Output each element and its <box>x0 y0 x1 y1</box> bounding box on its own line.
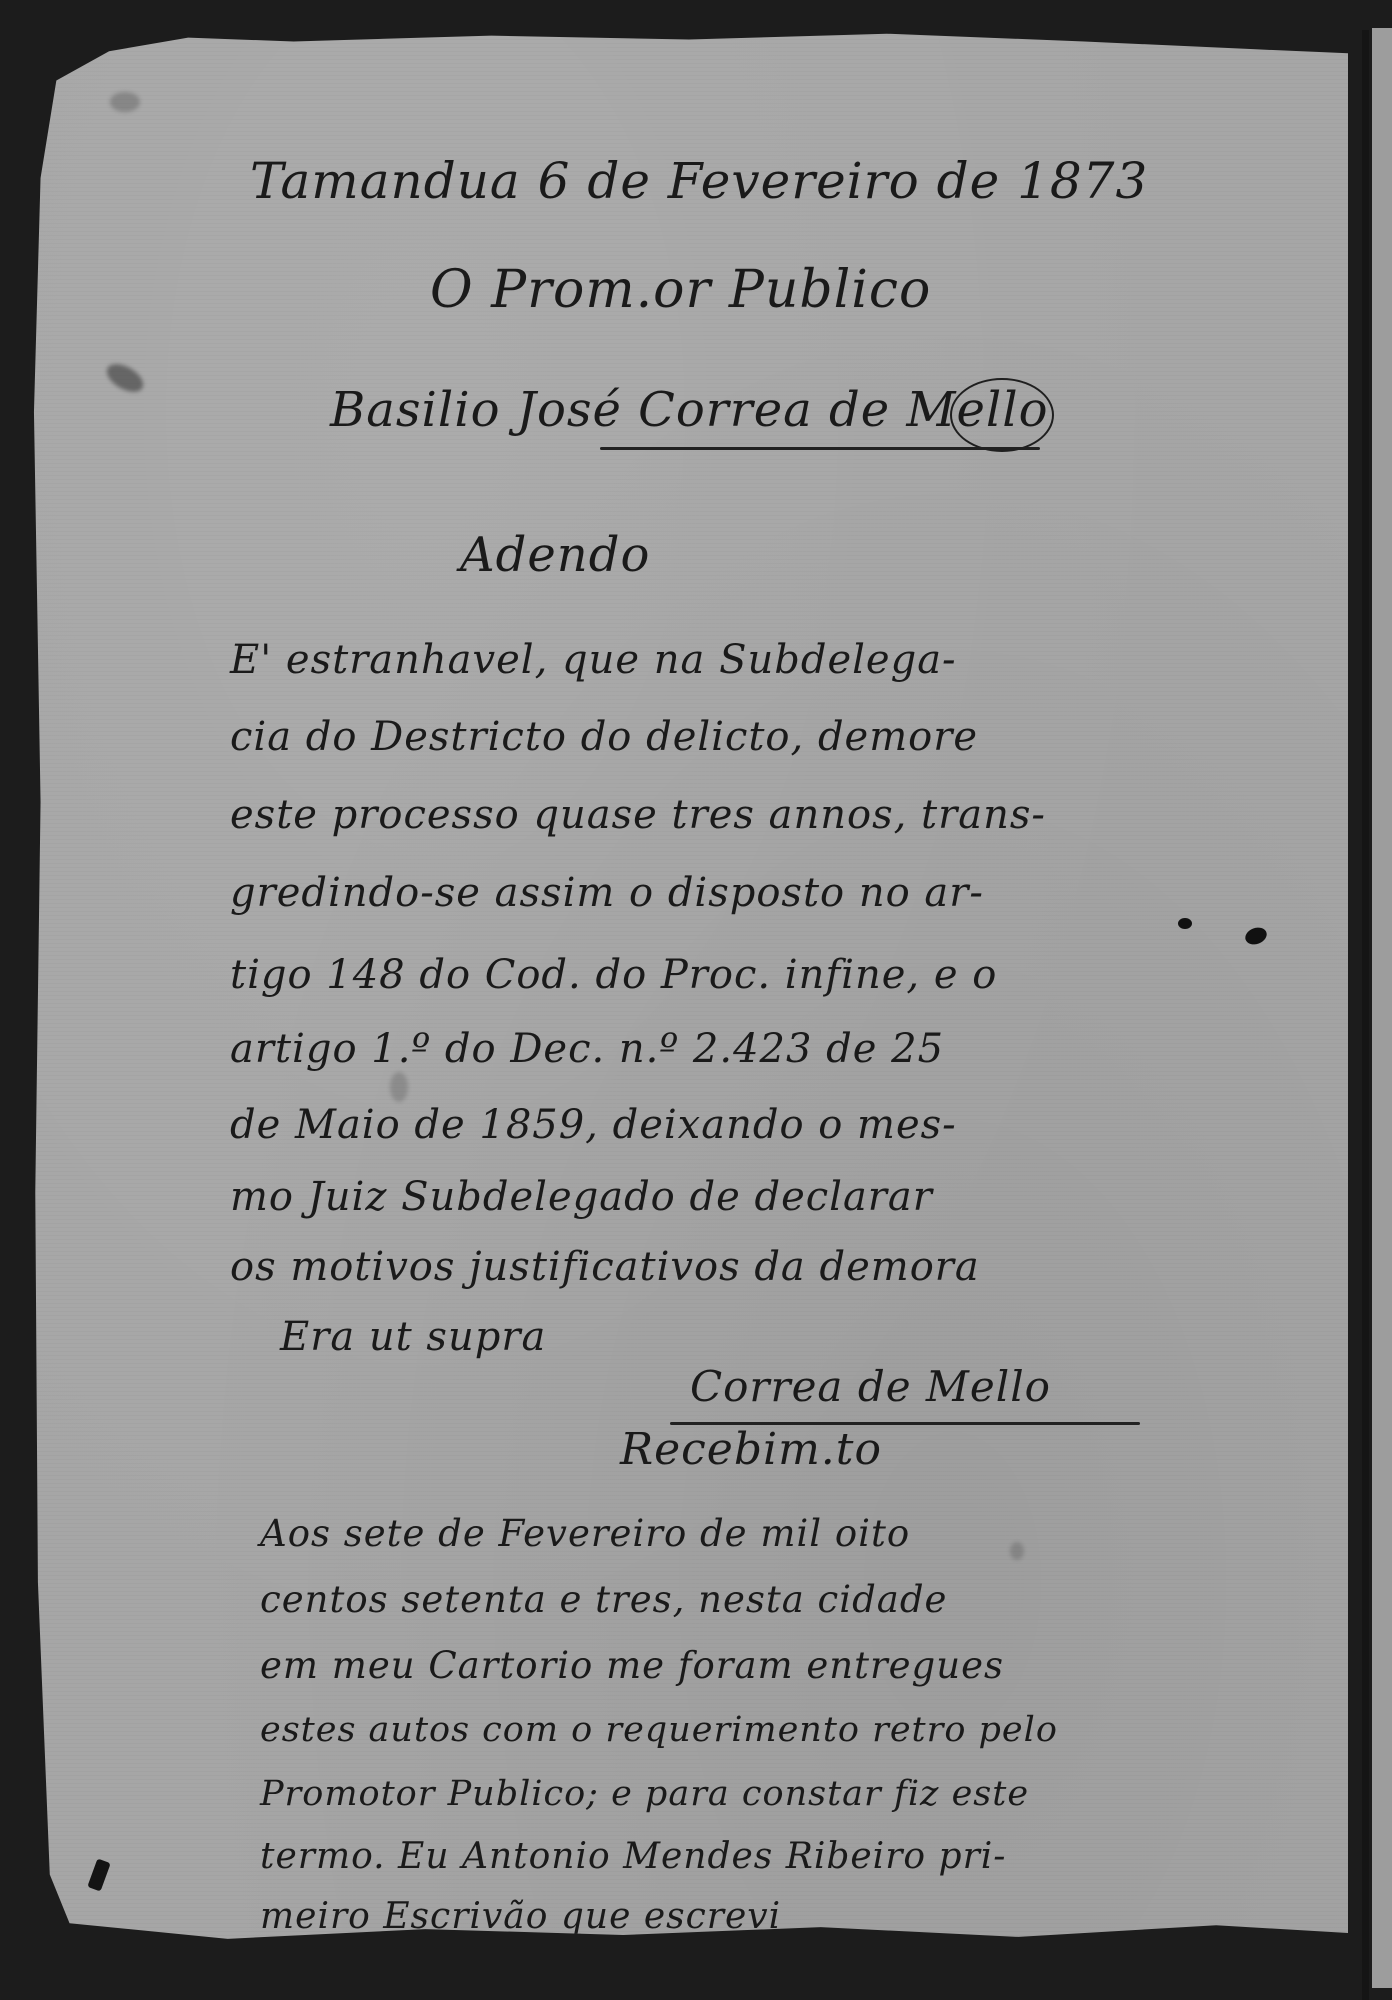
addressee-title: O Prom.or Publico <box>430 260 931 320</box>
body-line: cia do Destricto do delicto, demore <box>230 714 978 760</box>
body-line: E' estranhavel, que na Subdelega- <box>230 637 957 683</box>
body-line: artigo 1.º do Dec. n.º 2.423 de 25 <box>230 1026 944 1072</box>
section-heading-recebimento: Recebim.to <box>620 1424 882 1475</box>
body-line: de Maio de 1859, deixando o mes- <box>230 1102 957 1148</box>
body-line: tigo 148 do Cod. do Proc. infine, e o <box>230 952 997 998</box>
stain-left-margin <box>102 358 148 397</box>
era-ut-supra: Era ut supra <box>280 1314 546 1360</box>
stain-mid <box>390 1072 408 1102</box>
section-heading-adendo: Adendo <box>460 527 650 583</box>
stain-lower <box>1010 1542 1024 1560</box>
body-line: meiro Escrivão que escrevi <box>260 1896 781 1937</box>
signature-correa-de-mello: Correa de Mello <box>690 1362 1051 1411</box>
body-line: Promotor Publico; e para constar fiz est… <box>260 1774 1029 1814</box>
place-date-line: Tamandua 6 de Fevereiro de 1873 <box>250 152 1148 210</box>
body-line: termo. Eu Antonio Mendes Ribeiro pri- <box>260 1836 1006 1877</box>
body-line: em meu Cartorio me foram entregues <box>260 1644 1004 1687</box>
signature-flourish-oval <box>950 378 1054 452</box>
body-line: mo Juiz Subdelegado de declarar <box>230 1174 933 1220</box>
stain-top-left <box>110 92 140 112</box>
body-line: os motivos justificativos da demora <box>230 1244 980 1290</box>
signature-flourish-stroke <box>600 447 1040 450</box>
ink-blot-right <box>1178 918 1192 929</box>
body-line: Aos sete de Fevereiro de mil oito <box>260 1512 910 1555</box>
manuscript-page: Tamandua 6 de Fevereiro de 1873 O Prom.o… <box>30 22 1348 1972</box>
body-line: centos setenta e tres, nesta cidade <box>260 1578 947 1621</box>
adjacent-page-edge <box>1372 28 1392 1988</box>
addressee-name: Basilio José Correa de Mello <box>330 382 1049 438</box>
body-line: este processo quase tres annos, trans- <box>230 792 1046 838</box>
body-line: gredindo-se assim o disposto no ar- <box>230 870 984 916</box>
page-gutter-line <box>1362 30 1369 2000</box>
body-line: estes autos com o requerimento retro pel… <box>260 1710 1058 1750</box>
